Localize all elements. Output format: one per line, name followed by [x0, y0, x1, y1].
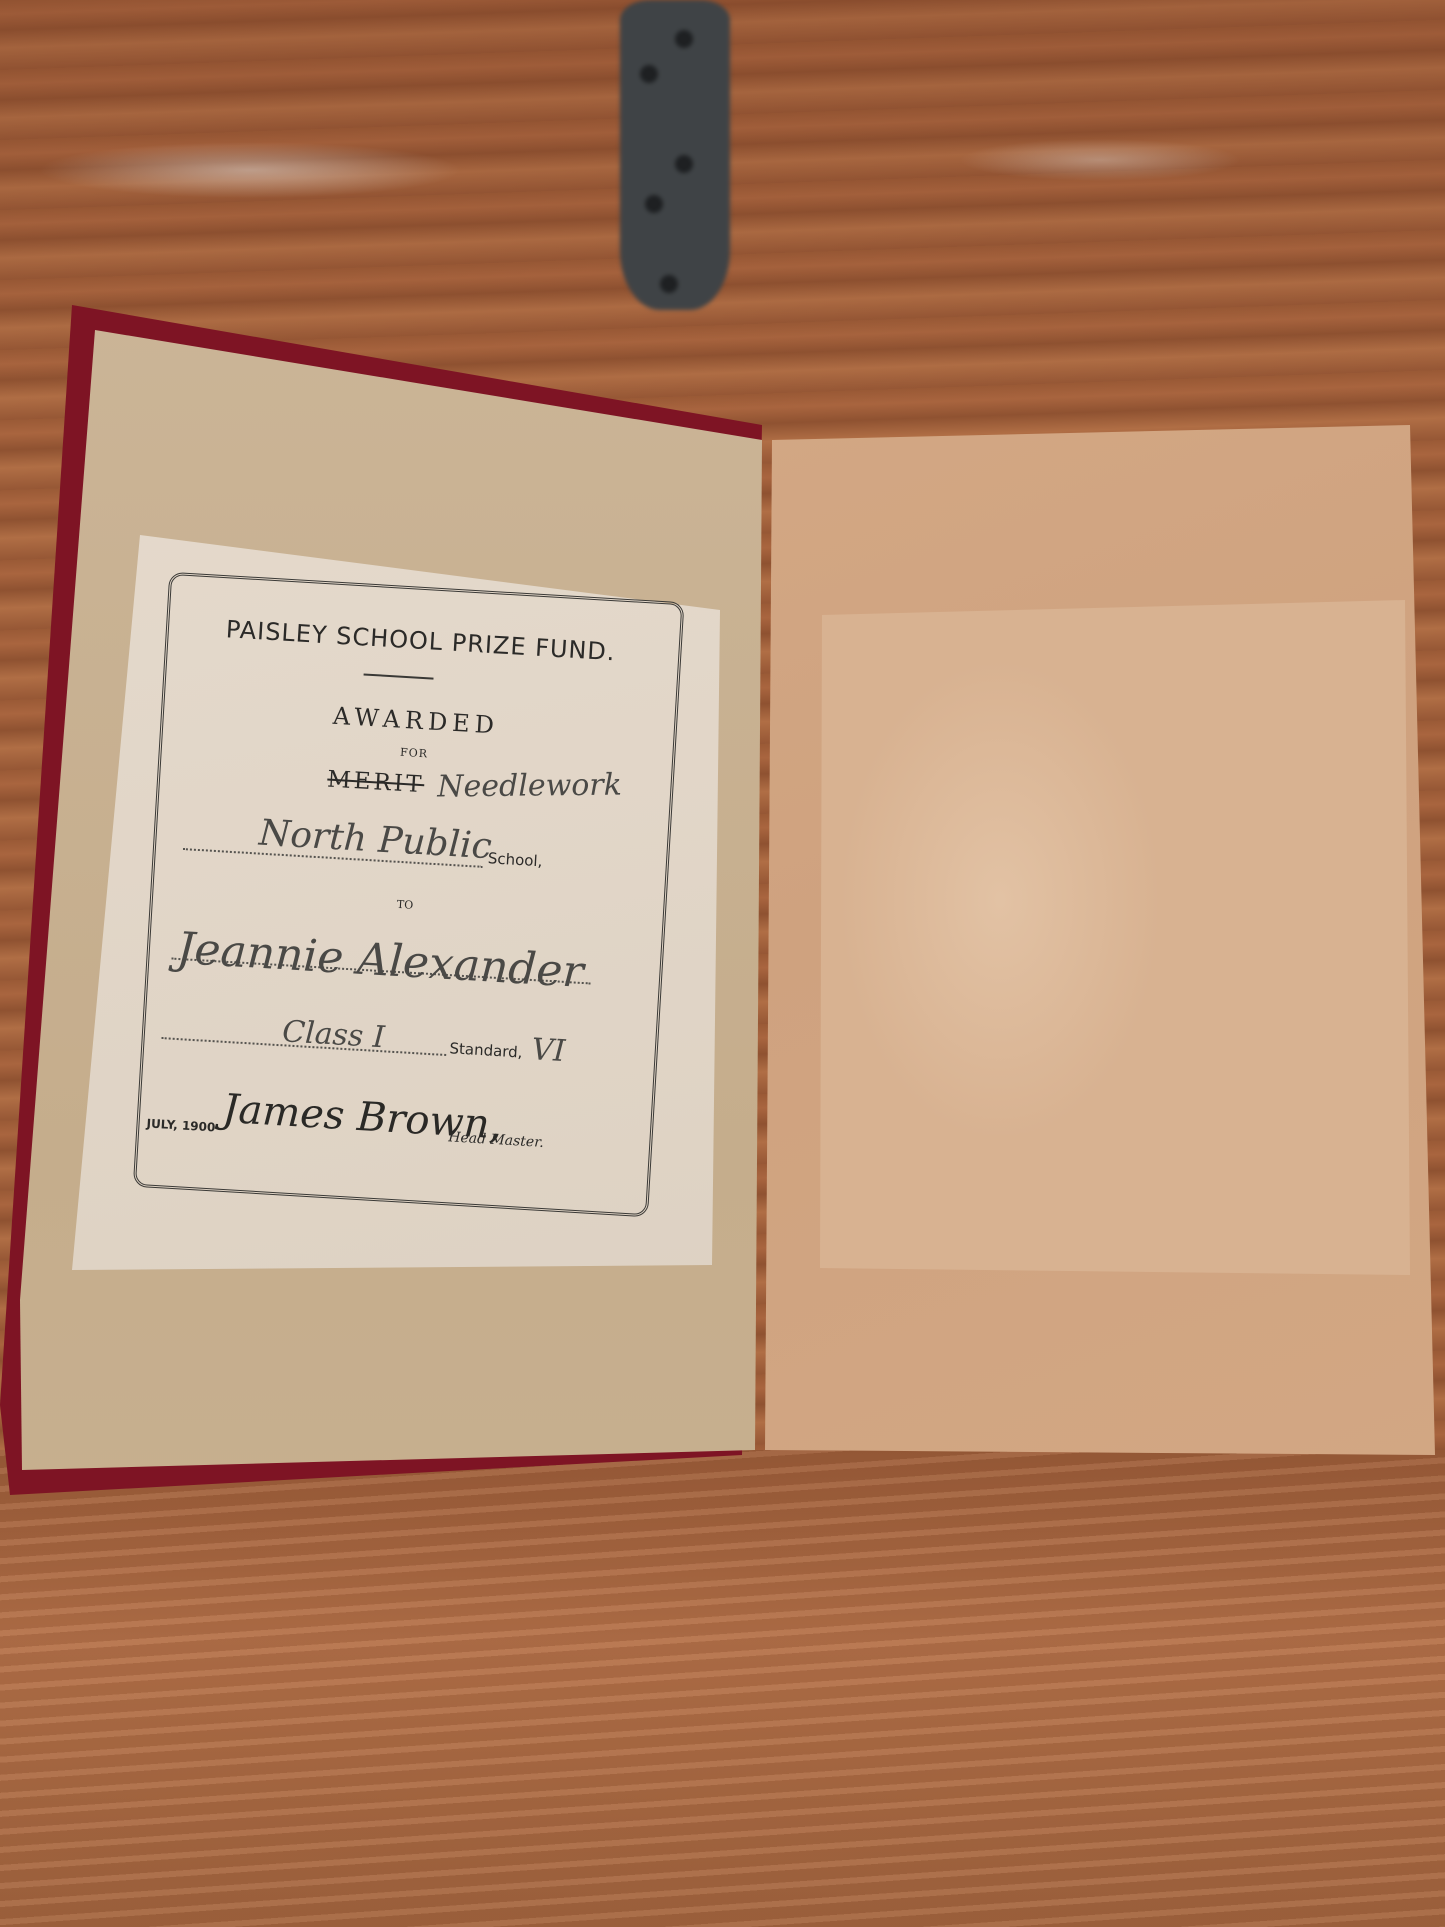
bookplate: PAISLEY SCHOOL PRIZE FUND. AWARDED FOR M… — [102, 560, 699, 1232]
school-label: School, — [487, 849, 543, 870]
hinge-hole — [675, 30, 693, 48]
hinge-hole — [640, 65, 658, 83]
handwritten-standard: VI — [531, 1032, 567, 1069]
handwritten-class: Class I — [281, 1014, 386, 1055]
hinge-hole — [645, 195, 663, 213]
hinge-hole — [660, 275, 678, 293]
metal-hinge — [620, 0, 730, 310]
handwritten-subject: Needlework — [437, 768, 622, 805]
table-surface-lower — [0, 1450, 1445, 1927]
hinge-hole — [675, 155, 693, 173]
